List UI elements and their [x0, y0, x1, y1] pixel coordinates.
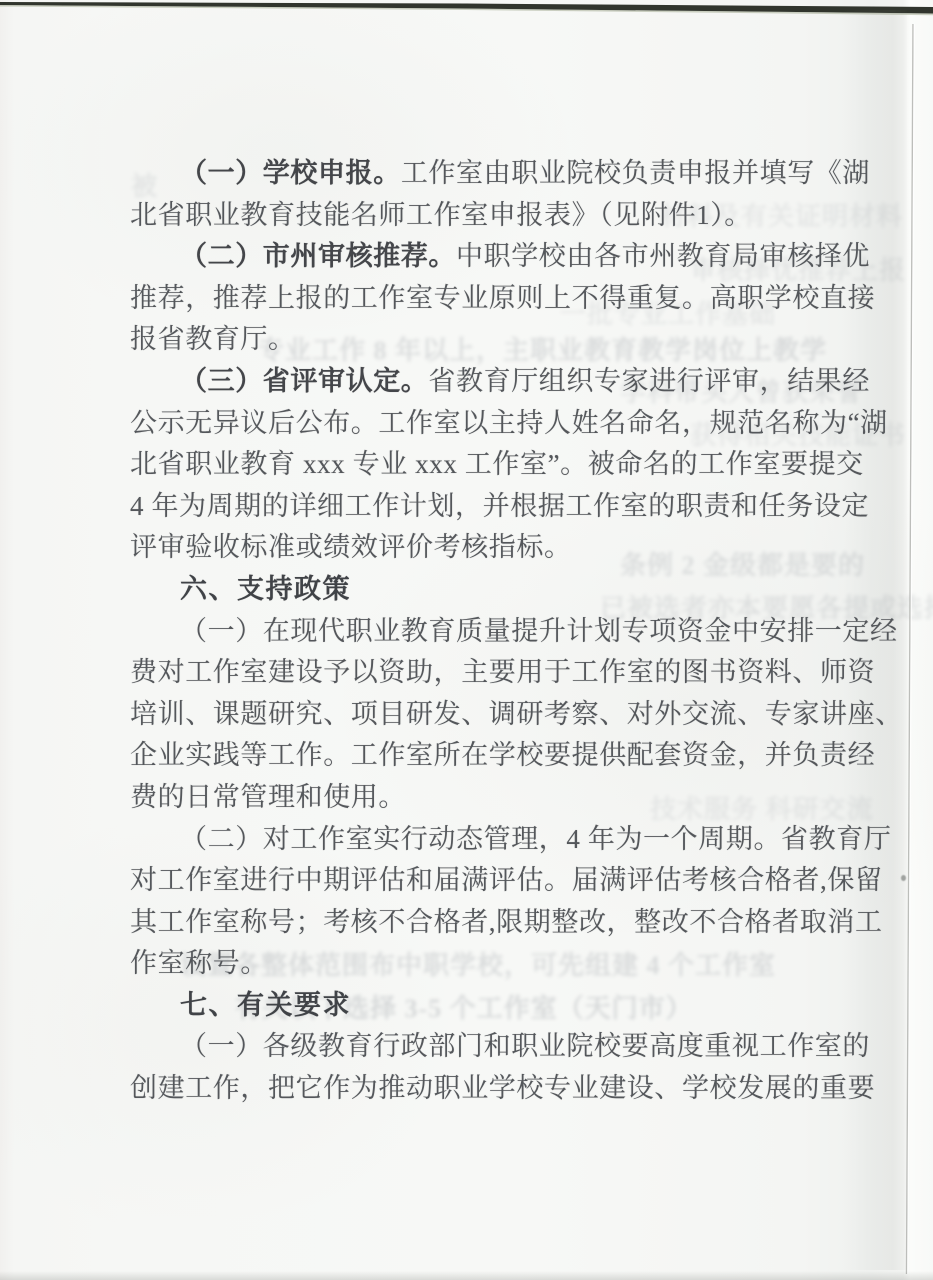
paragraph-lead: （三）省评审认定。 [180, 366, 428, 396]
line-text: 对工作室进行中期评估和届满评估。届满评估考核合格者,保留 [130, 865, 883, 895]
paragraph-line: 创建工作，把它作为推动职业学校专业建设、学校发展的重要 [130, 1068, 890, 1110]
line-text: 工作室由职业院校负责申报并填写《湖 [401, 158, 870, 188]
line-text: 企业实践等工作。工作室所在学校要提供配套资金，并负责经 [130, 740, 875, 770]
line-text: 报省教育厅。 [130, 324, 296, 354]
line-text: 推荐，推荐上报的工作室专业原则上不得重复。高职学校直接 [130, 283, 875, 313]
line-text: 创建工作，把它作为推动职业学校专业建设、学校发展的重要 [130, 1073, 875, 1103]
line-text: 六、支持政策 [180, 574, 351, 604]
document-body: （一）学校申报。工作室由职业院校负责申报并填写《湖北省职业教育技能名师工作室申报… [130, 153, 890, 1110]
line-text: 费对工作室建设予以资助，主要用于工作室的图书资料、师资 [130, 657, 875, 687]
paragraph-line: （一）在现代职业教育质量提升计划专项资金中安排一定经 [130, 611, 890, 653]
section-heading: 七、有关要求 [130, 985, 890, 1027]
line-text: 费的日常管理和使用。 [130, 782, 406, 812]
line-text: 评审验收标准或绩效评价考核指标。 [130, 532, 572, 562]
paragraph-line: 4 年为周期的详细工作计划，并根据工作室的职责和任务设定 [130, 486, 890, 528]
paragraph-line: 北省职业教育技能名师工作室申报表》（见附件1）。 [130, 195, 890, 237]
line-text: （一）各级教育行政部门和职业院校要高度重视工作室的 [180, 1031, 870, 1061]
paragraph-line: （三）省评审认定。省教育厅组织专家进行评审，结果经 [130, 361, 890, 403]
line-text: 4 年为周期的详细工作计划，并根据工作室的职责和任务设定 [130, 491, 869, 521]
line-text: 七、有关要求 [180, 990, 351, 1020]
paragraph-line: 费对工作室建设予以资助，主要用于工作室的图书资料、师资 [130, 652, 890, 694]
paragraph-lead: （一）学校申报。 [180, 158, 401, 188]
line-text: 培训、课题研究、项目研发、调研考察、对外交流、专家讲座、 [130, 699, 903, 729]
line-text: 公示无异议后公布。工作室以主持人姓名命名，规范名称为“湖 [130, 408, 888, 438]
line-text: 其工作室称号；考核不合格者,限期整改，整改不合格者取消工 [130, 907, 883, 937]
paragraph-line: 公示无异议后公布。工作室以主持人姓名命名，规范名称为“湖 [130, 403, 890, 445]
paragraph-line: 培训、课题研究、项目研发、调研考察、对外交流、专家讲座、 [130, 694, 890, 736]
line-text: 中职学校由各市州教育局审核择优 [456, 241, 870, 271]
scan-top-edge [0, 0, 933, 18]
line-text: （二）对工作室实行动态管理，4 年为一个周期。省教育厅 [180, 824, 891, 854]
paragraph-line: （一）学校申报。工作室由职业院校负责申报并填写《湖 [130, 153, 890, 195]
paragraph-line: 企业实践等工作。工作室所在学校要提供配套资金，并负责经 [130, 735, 890, 777]
line-text: 北省职业教育技能名师工作室申报表》（见附件1）。 [130, 200, 752, 230]
paragraph-line: 北省职业教育 xxx 专业 xxx 工作室”。被命名的工作室要提交 [130, 444, 890, 486]
paragraph-line: （二）对工作室实行动态管理，4 年为一个周期。省教育厅 [130, 819, 890, 861]
paragraph-line: 评审验收标准或绩效评价考核指标。 [130, 527, 890, 569]
fold-speck [901, 875, 906, 881]
page-right-edge [903, 0, 933, 1280]
paragraph-line: 对工作室进行中期评估和届满评估。届满评估考核合格者,保留 [130, 860, 890, 902]
line-text: 作室称号。 [130, 948, 268, 978]
paragraph-line: 报省教育厅。 [130, 319, 890, 361]
paragraph-line: 推荐，推荐上报的工作室专业原则上不得重复。高职学校直接 [130, 278, 890, 320]
paragraph-line: （二）市州审核推荐。中职学校由各市州教育局审核择优 [130, 236, 890, 278]
paragraph-lead: （二）市州审核推荐。 [180, 241, 456, 271]
line-text: 省教育厅组织专家进行评审，结果经 [428, 366, 870, 396]
paragraph-line: 其工作室称号；考核不合格者,限期整改，整改不合格者取消工 [130, 902, 890, 944]
section-heading: 六、支持政策 [130, 569, 890, 611]
line-text: 北省职业教育 xxx 专业 xxx 工作室”。被命名的工作室要提交 [130, 449, 864, 479]
scanned-document-page: 被材料及有关证明材料审核择优推荐上报一批专业工作基础专业工作 8 年以上，主职业… [0, 0, 933, 1280]
line-text: （一）在现代职业教育质量提升计划专项资金中安排一定经 [180, 616, 898, 646]
paragraph-line: 费的日常管理和使用。 [130, 777, 890, 819]
paragraph-line: （一）各级教育行政部门和职业院校要高度重视工作室的 [130, 1026, 890, 1068]
paragraph-line: 作室称号。 [130, 943, 890, 985]
